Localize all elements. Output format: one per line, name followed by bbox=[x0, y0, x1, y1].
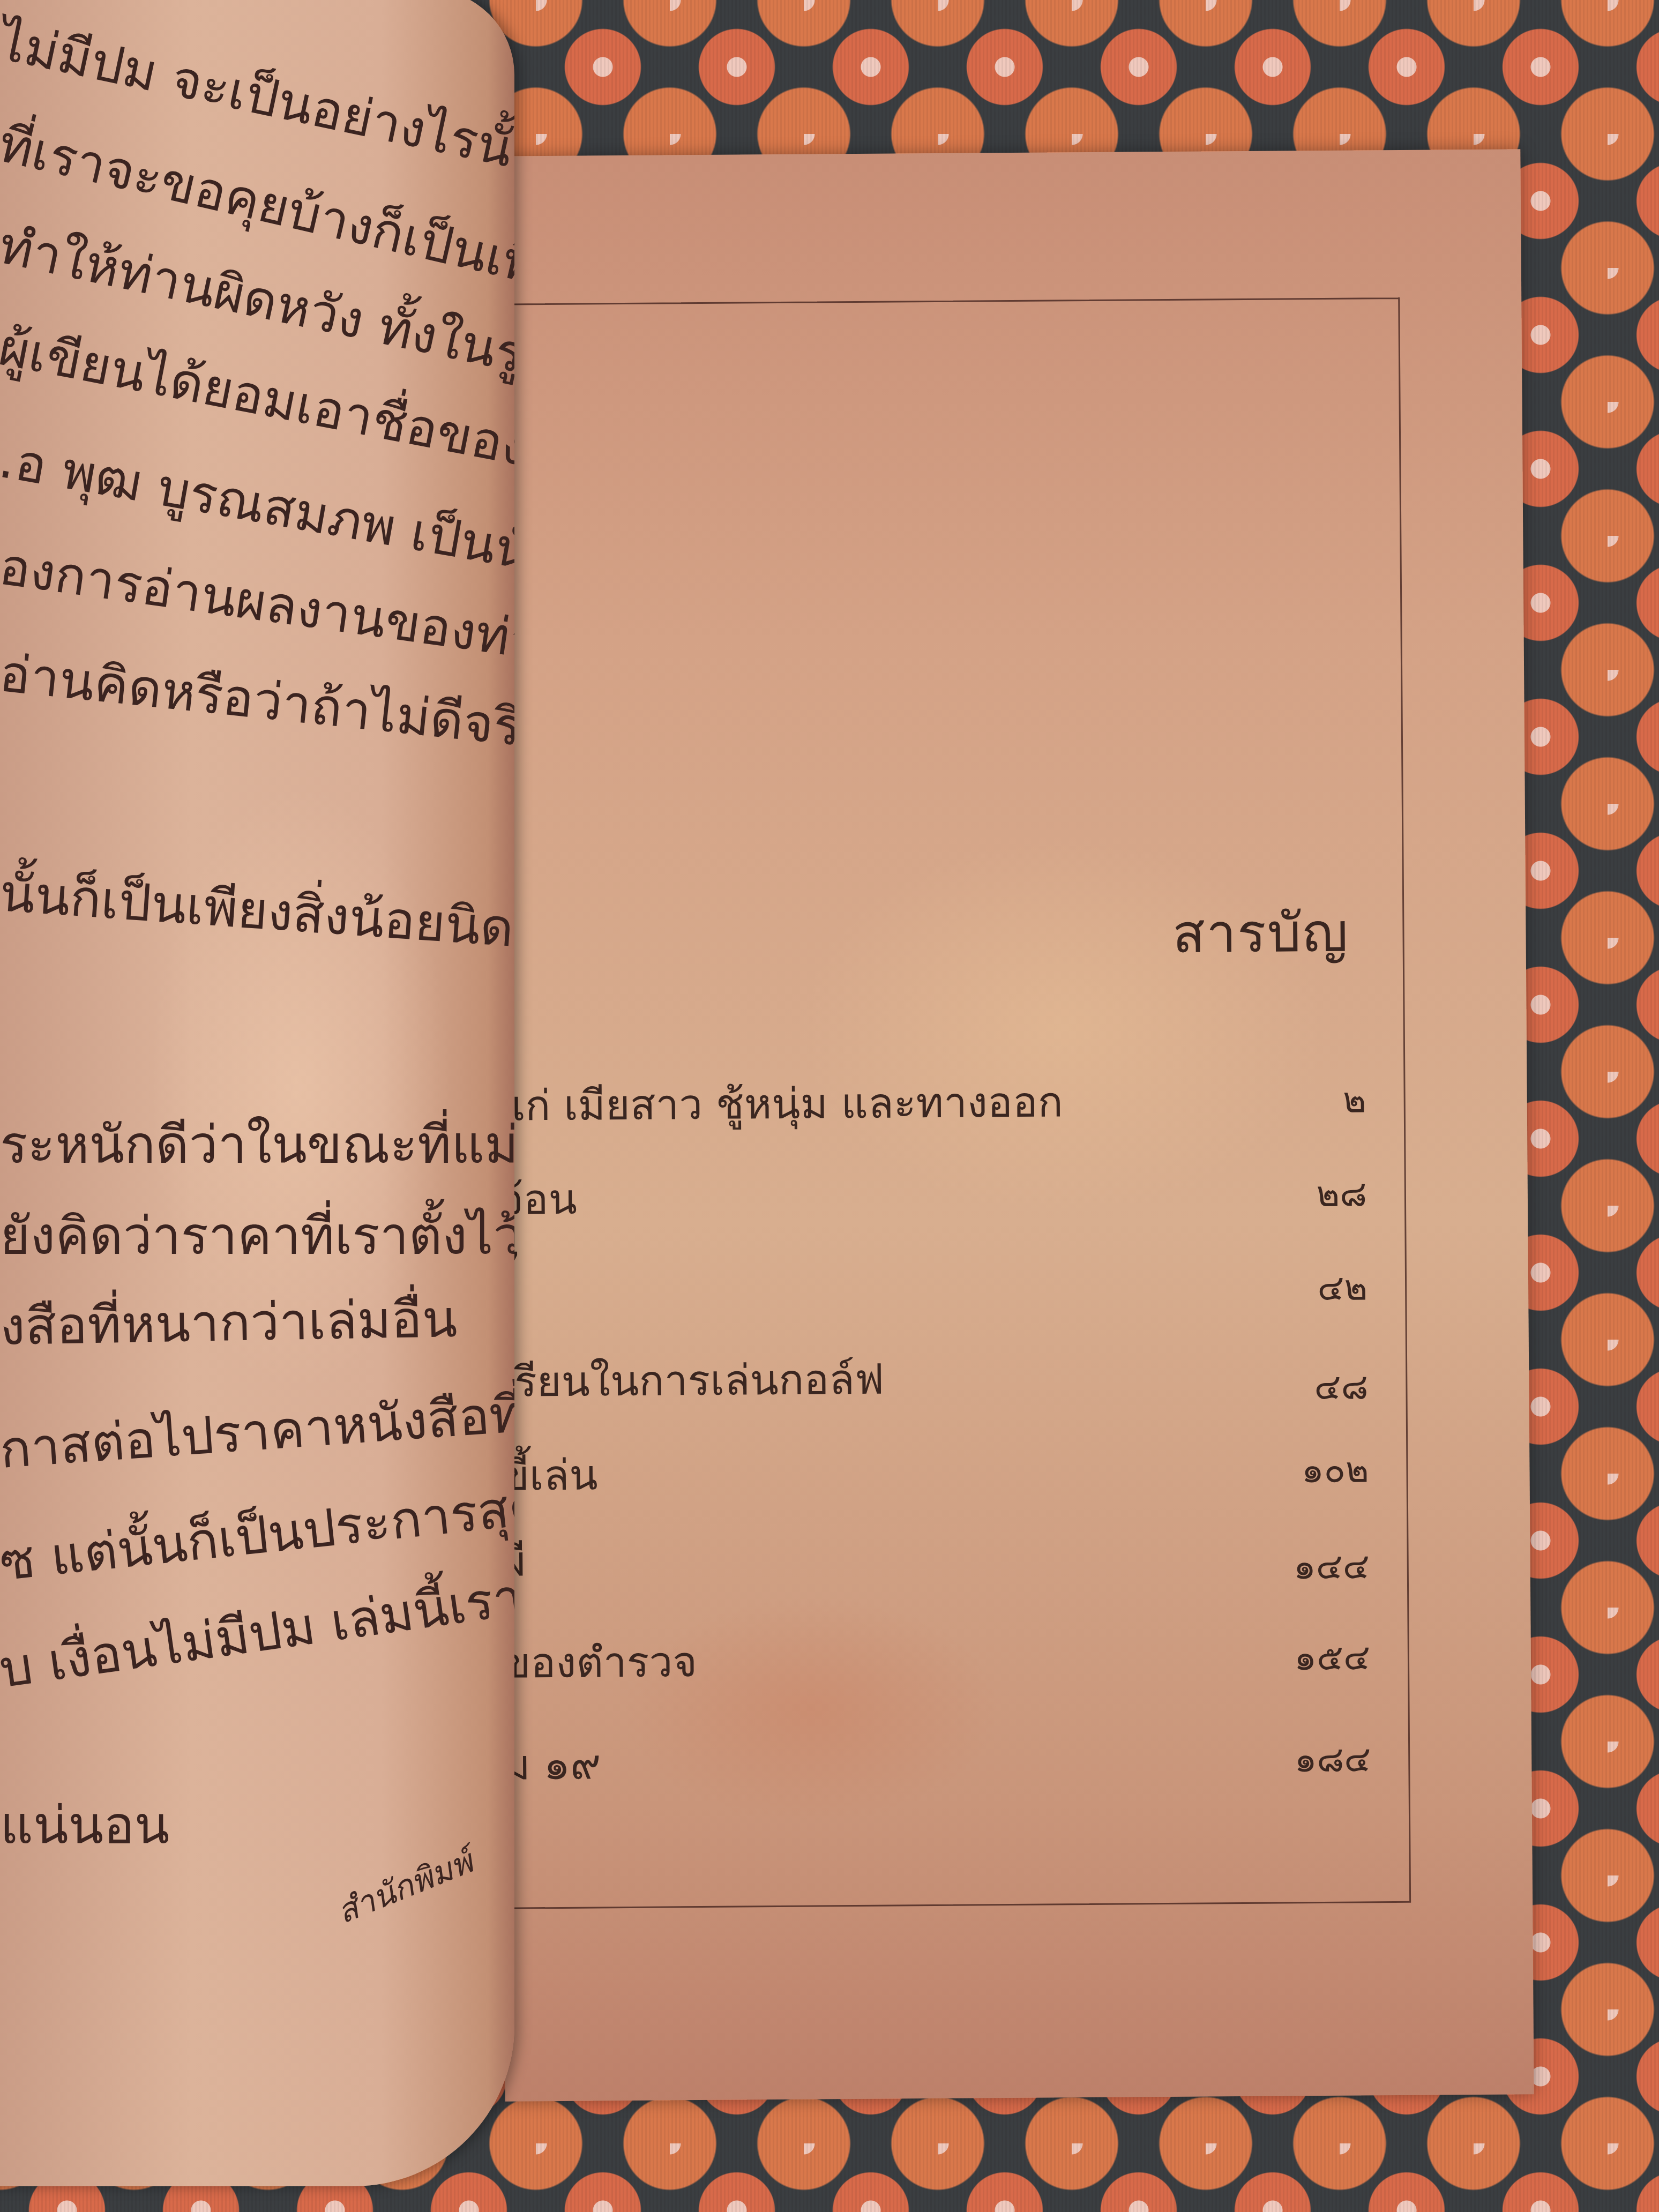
toc-entry: ผี ๑๔๔ bbox=[501, 1522, 1370, 1592]
toc-entry-page: ๔๘ bbox=[1314, 1358, 1369, 1415]
toc-entry: ขี้เล่น ๑๐๒ bbox=[500, 1436, 1369, 1506]
toc-entry-page: ๒ bbox=[1343, 1072, 1366, 1128]
right-page-table-of-contents: สารบัญ แก่ เมียสาว ชู้หนุ่ม และทางออก ๒ … bbox=[491, 149, 1534, 2101]
toc-entry-title: ของตำรวจ bbox=[502, 1628, 698, 1697]
toc-entry: ” ๔๒ bbox=[499, 1238, 1368, 1308]
toc-entry-title: เรียนในการเล่นกอล์ฟ bbox=[500, 1346, 885, 1415]
toc-entry-page: ๔๒ bbox=[1317, 1259, 1367, 1316]
text-line: ยังคิดว่าราคาที่เราตั้งไว้เพียง เ bbox=[0, 1195, 514, 1276]
publisher-imprint: สำนักพิมพ์ bbox=[329, 1836, 481, 1937]
toc-entry: จ้อน ๒๘ bbox=[499, 1160, 1367, 1230]
left-page-preface: ไม่มีปม จะเป็นอย่างไรนั้น ที่เราจะขอคุยบ… bbox=[0, 0, 514, 2186]
toc-title: สารบัญ bbox=[1172, 890, 1349, 976]
text-line: ระหนักดีว่าในขณะที่แม่แต่หน bbox=[0, 1104, 514, 1185]
toc-entry-page: ๑๐๒ bbox=[1301, 1441, 1369, 1498]
toc-entry: ม ๑๙ ๑๘๔ bbox=[503, 1725, 1371, 1796]
toc-entry-title: ม ๑๙ bbox=[503, 1731, 601, 1798]
text-line: นั้นก็เป็นเพียงสิ่งน้อยนิดที่เราจะแ bbox=[0, 852, 514, 983]
text-line: กาสต่อไปราคาหนังสือที่เราจะ bbox=[0, 1364, 514, 1491]
text-line: แน่นอน bbox=[0, 1784, 169, 1866]
text-line: งสือที่หนากว่าเล่มอื่น bbox=[0, 1278, 458, 1367]
toc-entry: ของตำรวจ ๑๕๔ bbox=[502, 1624, 1371, 1694]
toc-entry-title: แก่ เมียสาว ชู้หนุ่ม และทางออก bbox=[498, 1068, 1063, 1139]
toc-entry-page: ๑๔๔ bbox=[1294, 1538, 1370, 1595]
toc-entry: แก่ เมียสาว ชู้หนุ่ม และทางออก ๒ bbox=[498, 1066, 1366, 1137]
toc-entry-page: ๑๕๔ bbox=[1294, 1629, 1371, 1686]
toc-entry-page: ๒๘ bbox=[1316, 1165, 1367, 1222]
toc-entry-page: ๑๘๔ bbox=[1294, 1731, 1371, 1788]
toc-entry: เรียนในการเล่นกอล์ฟ ๔๘ bbox=[500, 1342, 1369, 1413]
toc-entry-title: ขี้เล่น bbox=[500, 1441, 598, 1508]
